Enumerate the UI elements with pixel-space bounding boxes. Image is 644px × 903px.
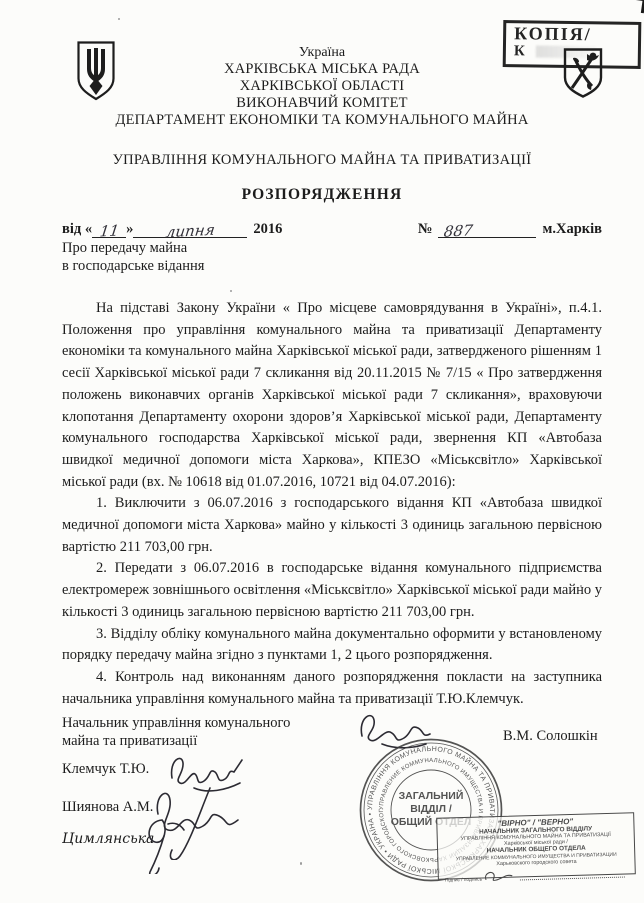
scan-corner-artifact <box>625 0 644 13</box>
certify-stamp-signature-squiggle <box>482 868 516 883</box>
body-paragraph: 2. Передати з 06.07.2016 в господарське … <box>62 558 602 623</box>
signature-tsymlianska <box>138 812 190 874</box>
round-stamp-center-line: ЗАГАЛЬНИЙ <box>399 789 464 802</box>
header-org-line: ДЕПАРТАМЕНТ ЕКОНОМІКИ ТА КОМУНАЛЬНОГО МА… <box>0 112 644 129</box>
number-blank: 887 <box>438 220 536 238</box>
body-paragraph: На підставі Закону України « Про місцеве… <box>62 298 602 493</box>
scan-speck <box>118 18 120 20</box>
header-org-line: ХАРКІВСЬКОЇ ОБЛАСТІ <box>0 78 644 95</box>
date-year: 2016 <box>253 220 282 238</box>
date-month-blank: липня <box>133 220 247 238</box>
document-body: На підставі Закону України « Про місцеве… <box>62 298 602 710</box>
city-label: м.Харків <box>542 220 602 238</box>
round-stamp-center-line: ВІДДІЛ / <box>410 803 452 815</box>
date-day-blank: 11 <box>92 220 126 238</box>
number-sign: № <box>418 220 433 238</box>
date-quote-close: » <box>126 220 133 238</box>
certify-stamp-dash <box>520 875 625 880</box>
date-number-row: від « 11 » липня 2016 № 887 м.Харків <box>62 220 602 238</box>
body-paragraph: 3. Відділу обліку комунального майна док… <box>62 624 602 667</box>
body-paragraph: 1. Виключити з 06.07.2016 з господарсько… <box>62 493 602 558</box>
head-name: В.М. Солошкін <box>503 728 598 745</box>
scanned-document-page: Україна ХАРКІВСЬКА МІСЬКА РАДА ХАРКІВСЬК… <box>0 0 644 903</box>
date-from-label: від « <box>62 220 92 238</box>
certify-stamp: "ВІРНО" / "ВЕРНО" НАЧАЛЬНИК ЗАГАЛЬНОГО В… <box>436 812 636 880</box>
kharkiv-coat-of-arms-icon <box>561 46 605 100</box>
header-department: УПРАВЛІННЯ КОМУНАЛЬНОГО МАЙНА ТА ПРИВАТИ… <box>0 152 644 169</box>
subject-block: Про передачу майна в господарське віданн… <box>62 239 204 275</box>
handwritten-day: 11 <box>98 222 119 241</box>
official-name: Клемчук Т.Ю. <box>62 761 149 778</box>
subject-line: Про передачу майна <box>62 239 204 257</box>
header-org-line: ВИКОНАВЧИЙ КОМІТЕТ <box>0 95 644 112</box>
copy-stamp-line1: КОПІЯ/ <box>514 24 632 45</box>
scan-speck <box>580 585 582 587</box>
handwritten-number: 887 <box>443 221 474 240</box>
signer-title: Начальник управління комунального майна … <box>62 714 290 750</box>
scan-speck <box>230 290 232 292</box>
subject-line: в господарське відання <box>62 257 204 275</box>
body-paragraph: 4. Контроль над виконанням даного розпор… <box>62 667 602 710</box>
certify-stamp-line: Підпис / подпись <box>445 877 482 884</box>
signer-title-line: Начальник управління комунального <box>62 714 290 732</box>
document-type-title: РОЗПОРЯДЖЕННЯ <box>0 186 644 204</box>
scan-speck <box>300 862 302 865</box>
